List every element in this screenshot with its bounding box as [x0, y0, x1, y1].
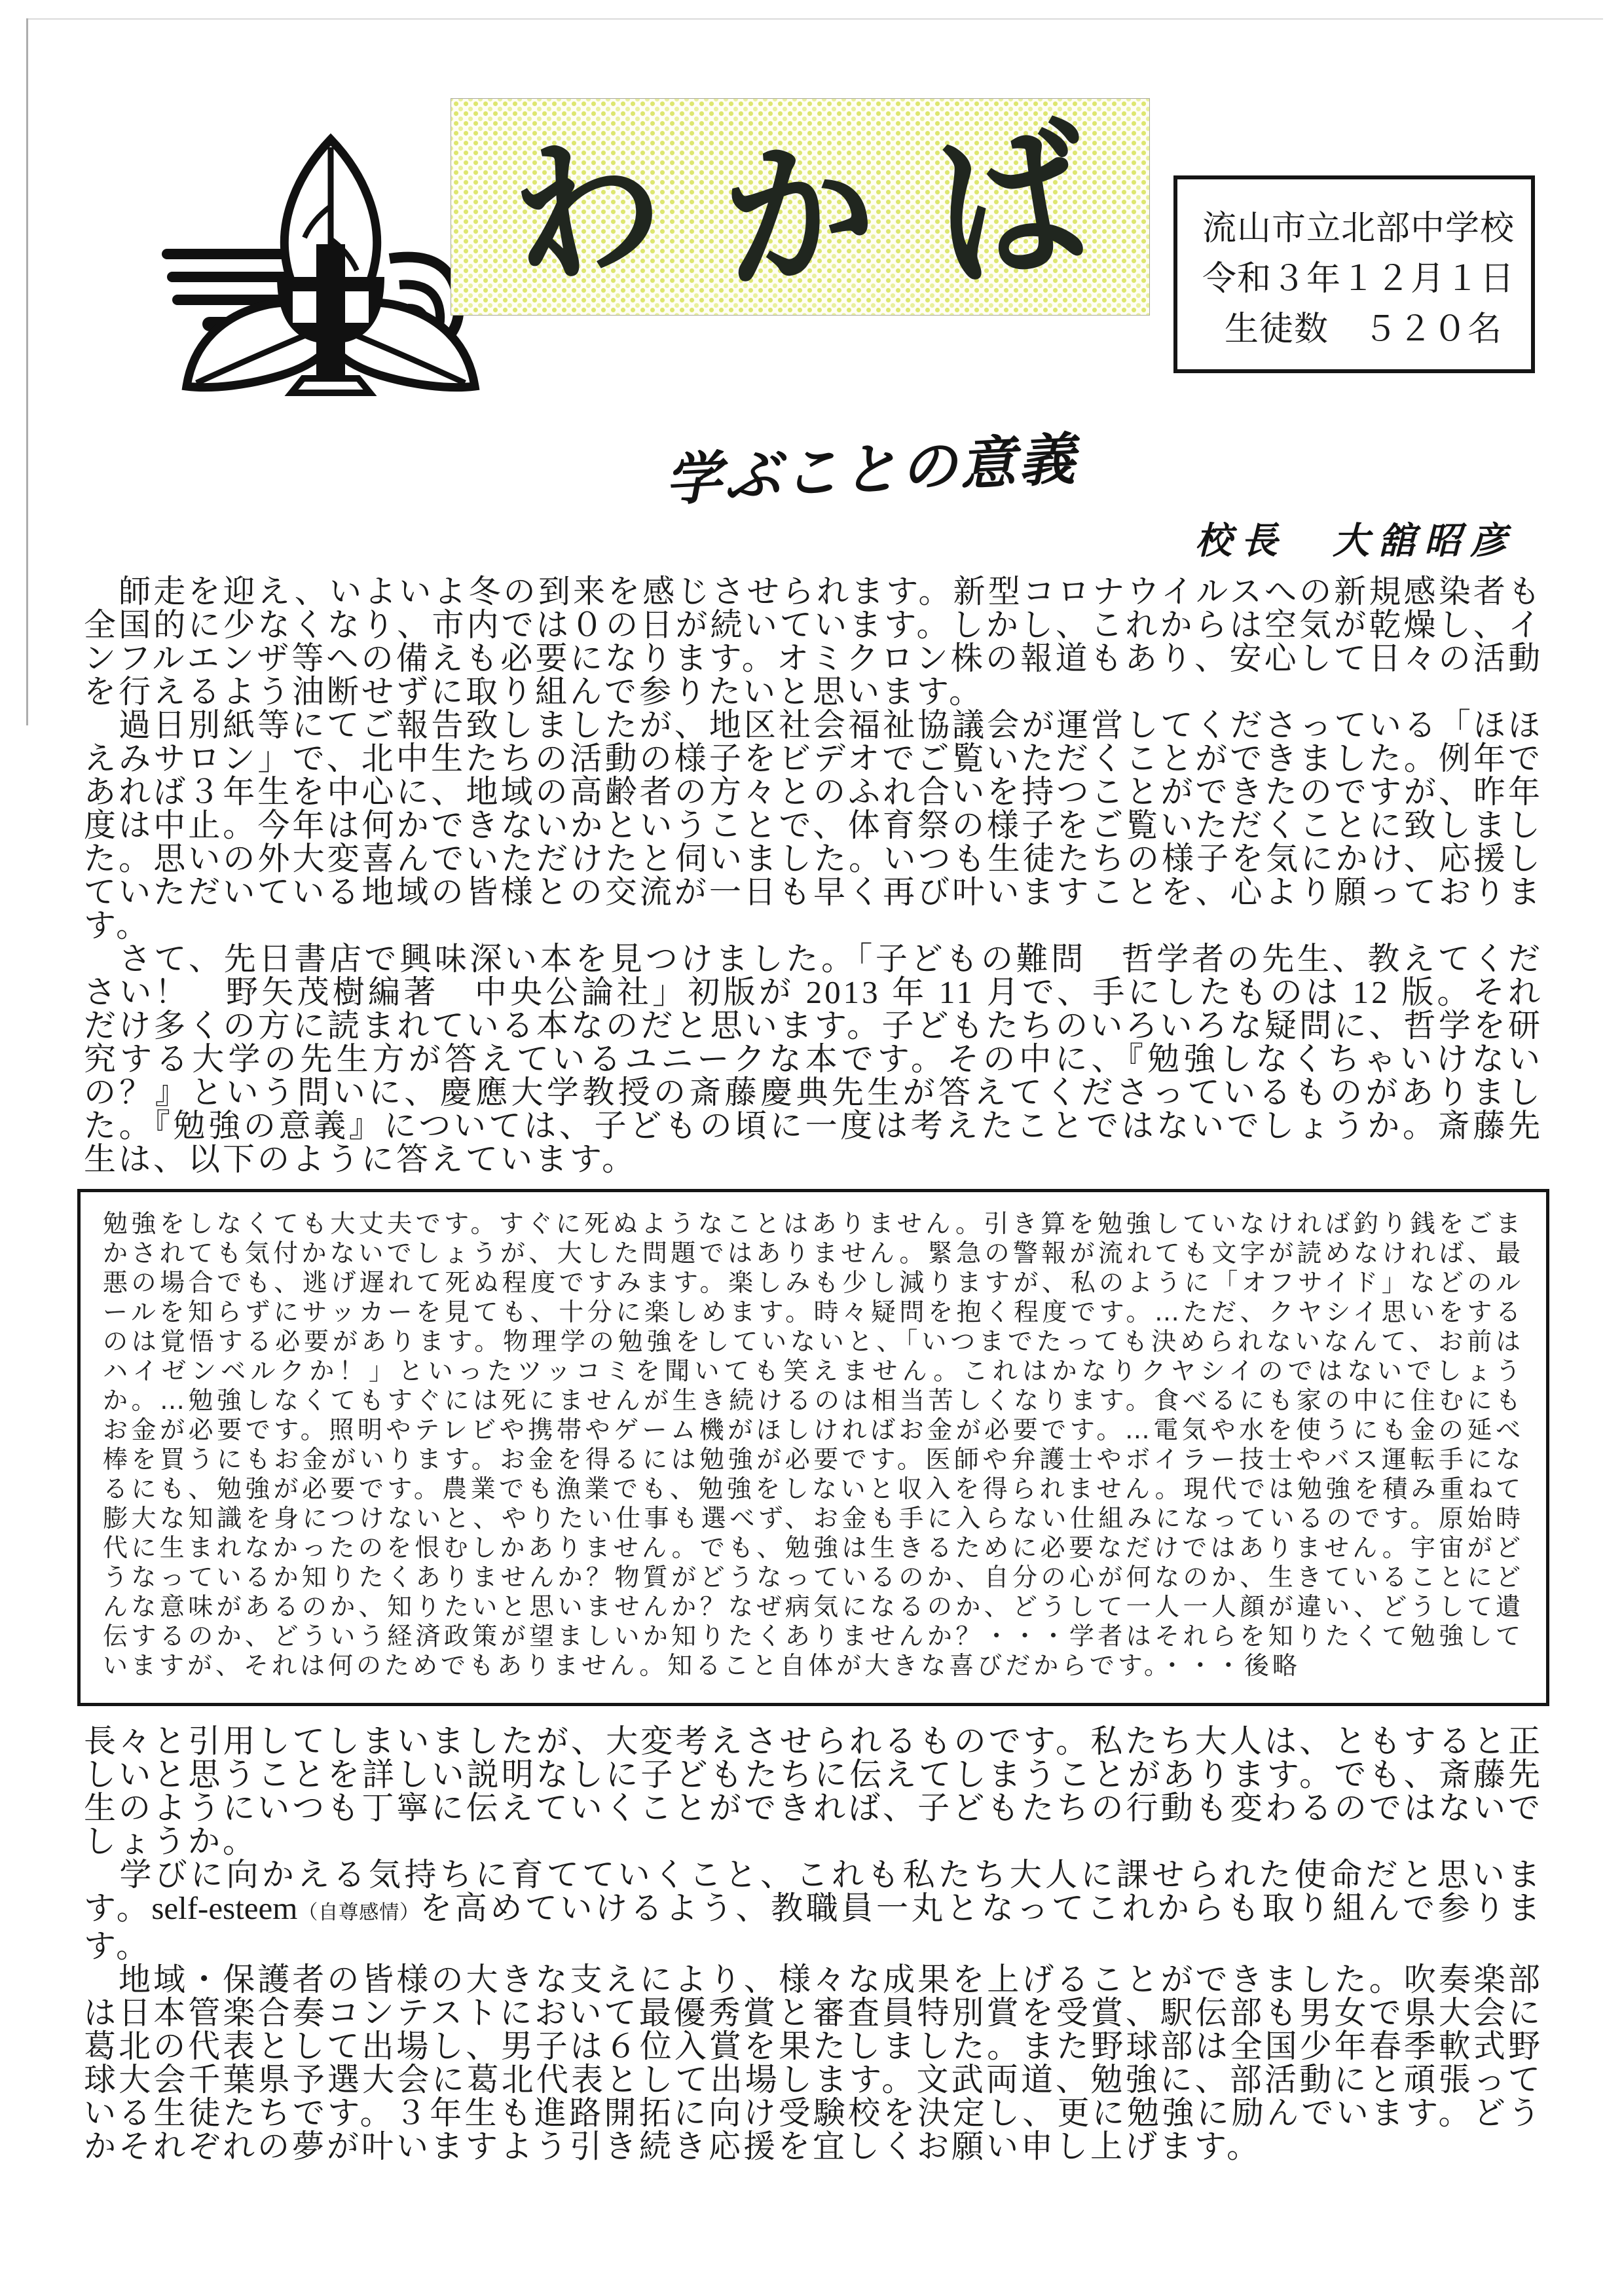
self-esteem-paren: （自尊感情） — [297, 1901, 420, 1923]
self-esteem-latin: self-esteem — [151, 1890, 297, 1926]
newsletter-page: わ か ば 流山市立北部中学校 令和３年１２月１日 生徒数 ５２０名 学ぶことの… — [0, 0, 1624, 2296]
body-paragraph: 師走を迎え、いよいよ冬の到来を感じさせられます。新型コロナウイルスへの新規感染者… — [84, 575, 1543, 708]
issue-date: 令和３年１２月１日 — [1202, 255, 1518, 305]
school-name: 流山市立北部中学校 — [1202, 204, 1518, 255]
masthead-title-char: わ — [499, 124, 676, 298]
body-paragraph: 地域・保護者の皆様の大きな支えにより、様々な成果を上げることができました。吹奏楽… — [84, 1963, 1543, 2163]
student-count: 生徒数 ５２０名 — [1202, 305, 1518, 355]
quote-text: 勉強をしなくても大丈夫です。すぐに死ぬようなことはありません。引き算を勉強してい… — [103, 1209, 1524, 1680]
masthead: わ か ば — [451, 98, 1150, 316]
scan-edge-line-left — [26, 18, 28, 725]
body-paragraph: 学びに向かえる気持ちに育てていくこと、これも私たち大人に課せられた使命だと思いま… — [84, 1858, 1543, 1963]
article-body: 師走を迎え、いよいよ冬の到来を感じさせられます。新型コロナウイルスへの新規感染者… — [84, 575, 1543, 2163]
masthead-title-char: か — [716, 130, 885, 301]
body-paragraph: さて、先日書店で興味深い本を見つけました。「子どもの難問 哲学者の先生、教えてく… — [84, 942, 1543, 1176]
quote-box: 勉強をしなくても大丈夫です。すぐに死ぬようなことはありません。引き算を勉強してい… — [77, 1189, 1549, 1706]
article-title: 学ぶことの意義 — [663, 414, 1079, 517]
masthead-title-char: ば — [925, 113, 1100, 298]
body-paragraph: 長々と引用してしまいましたが、大変考えさせられるものです。私たち大人は、ともする… — [84, 1724, 1543, 1858]
scan-edge-line-top — [26, 18, 1603, 20]
school-info-box: 流山市立北部中学校 令和３年１２月１日 生徒数 ５２０名 — [1173, 175, 1535, 373]
masthead-title: わ か ば — [509, 131, 1091, 283]
body-paragraph: 過日別紙等にてご報告致しましたが、地区社会福祉協議会が運営してくださっている「ほ… — [84, 708, 1543, 942]
article-author: 校長 大舘昭彦 — [1195, 512, 1516, 564]
